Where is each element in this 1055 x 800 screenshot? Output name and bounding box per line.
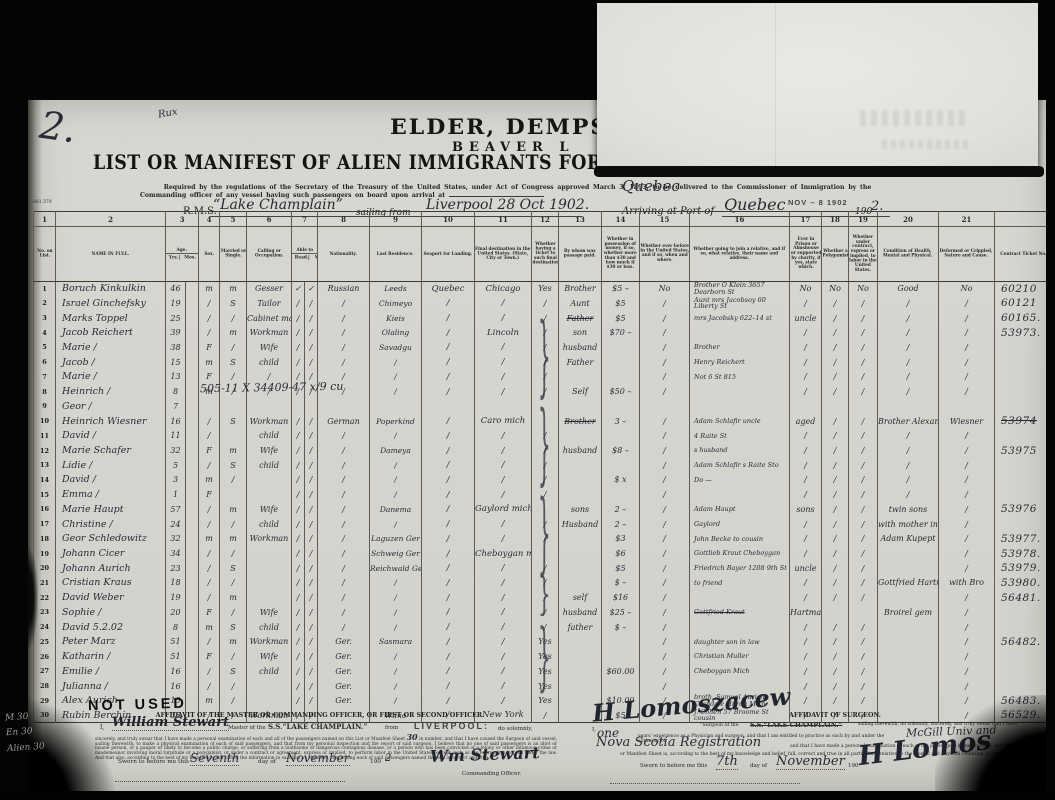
column-header: Final destination in the United States. … (475, 227, 532, 282)
manifest-cell: / (939, 443, 995, 458)
manifest-cell: 1 (166, 487, 186, 502)
manifest-cell: Cheboygan Mich (690, 664, 790, 679)
manifest-cell: / (199, 576, 220, 591)
manifest-cell: / (822, 649, 849, 664)
column-number: 3 (166, 212, 199, 227)
year-printed: 190 (848, 763, 859, 769)
manifest-cell: / (822, 546, 849, 561)
manifest-cell: / (292, 458, 305, 473)
manifest-cell: / (640, 340, 690, 355)
manifest-cell (602, 458, 640, 473)
manifest-cell: Marie / (56, 370, 166, 385)
manifest-cell: m (199, 473, 220, 488)
manifest-cell (878, 635, 939, 650)
manifest-cell: / (318, 590, 370, 605)
manifest-cell (559, 546, 602, 561)
manifest-cell: / (939, 325, 995, 340)
manifest-cell: / (790, 458, 822, 473)
manifest-cell: / (878, 296, 939, 311)
manifest-cell: / (305, 649, 318, 664)
manifest-cell: / (199, 502, 220, 517)
manifest-cell: ✓ (292, 281, 305, 296)
manifest-cell: / (305, 693, 318, 708)
manifest-cell: / (422, 620, 475, 635)
manifest-cell: sons (790, 502, 822, 517)
manifest-cell: / (422, 370, 475, 385)
manifest-cell: / (305, 517, 318, 532)
manifest-cell (602, 679, 640, 694)
manifest-cell: Caro mich (475, 414, 532, 429)
manifest-cell: husband (559, 340, 602, 355)
manifest-cell: Cabinet maker (247, 311, 292, 326)
manifest-cell: 12 (34, 443, 56, 458)
manifest-cell: / (220, 473, 247, 488)
column-number: 8 (318, 212, 370, 227)
manifest-cell: / (292, 664, 305, 679)
manifest-cell: / (422, 325, 475, 340)
manifest-cell: / (939, 296, 995, 311)
manifest-cell: / (790, 590, 822, 605)
manifest-cell: / (199, 561, 220, 576)
column-number: 20 (878, 212, 939, 227)
manifest-cell: with mother in law (878, 517, 939, 532)
manifest-cell: Gottfried Hartmann (878, 576, 939, 591)
manifest-cell: $6 (602, 546, 640, 561)
manifest-cell: / (318, 443, 370, 458)
manifest-cell: / (422, 428, 475, 443)
manifest-cell: / (822, 428, 849, 443)
column-header: No. on List. (34, 227, 56, 282)
manifest-cell: / (318, 561, 370, 576)
manifest-cell: Heinrich / (56, 384, 166, 399)
manifest-cell (186, 458, 199, 473)
manifest-cell: 5 (34, 340, 56, 355)
manifest-cell (995, 370, 1053, 385)
manifest-cell: / (939, 428, 995, 443)
manifest-cell: / (199, 679, 220, 694)
manifest-cell: Geor / (56, 399, 166, 414)
manifest-cell: Tailor (247, 296, 292, 311)
manifest-cell: 53977. (995, 531, 1053, 546)
manifest-cell: / (640, 576, 690, 591)
manifest-cell: Emilie / (56, 664, 166, 679)
manifest-cell: 53978. (995, 546, 1053, 561)
manifest-cell: Adam Schlafir s Raite Sto (690, 458, 790, 473)
manifest-cell: m (220, 502, 247, 517)
manifest-cell: / (939, 502, 995, 517)
column-header: Whether in possession of money, if so, w… (602, 227, 640, 282)
manifest-cell (995, 487, 1053, 502)
manifest-cell (186, 296, 199, 311)
sub-column-header: Mos. (184, 255, 196, 260)
manifest-cell: / (475, 664, 532, 679)
from-label: from (385, 725, 398, 731)
manifest-cell: 51 (166, 649, 186, 664)
column-number: 7 (292, 212, 318, 227)
manifest-cell: / (878, 384, 939, 399)
manifest-cell: / (822, 325, 849, 340)
manifest-cell: / (422, 384, 475, 399)
manifest-cell: / (199, 517, 220, 532)
manifest-cell: / (475, 576, 532, 591)
manifest-cell: / (640, 590, 690, 605)
manifest-cell: 2 (34, 296, 56, 311)
manifest-cell: / (849, 502, 878, 517)
manifest-cell: No (849, 281, 878, 296)
manifest-cell: sons (559, 502, 602, 517)
manifest-cell: / (640, 355, 690, 370)
manifest-cell: 3 (34, 311, 56, 326)
manifest-cell: m (220, 590, 247, 605)
manifest-cell: / (305, 605, 318, 620)
manifest-cell: / (475, 487, 532, 502)
manifest-cell: 19 (166, 296, 186, 311)
manifest-cell: German (318, 414, 370, 429)
manifest-cell: Jacob Reichert (56, 325, 166, 340)
manifest-cell: / (220, 576, 247, 591)
manifest-cell: / (475, 635, 532, 650)
manifest-cell: 5 (166, 458, 186, 473)
manifest-cell (995, 649, 1053, 664)
ink-smear (594, 166, 1044, 177)
manifest-cell: uncle (790, 311, 822, 326)
manifest-cell: Brother (559, 414, 602, 429)
manifest-cell: / (305, 296, 318, 311)
manifest-cell: Ger. (318, 649, 370, 664)
manifest-cell: / (939, 531, 995, 546)
column-number: 21 (939, 212, 995, 227)
manifest-cell: / (640, 561, 690, 576)
manifest-cell: 9 (34, 399, 56, 414)
manifest-cell: / (640, 443, 690, 458)
manifest-cell: Schweig Ger (370, 546, 422, 561)
manifest-cell: Emma / (56, 487, 166, 502)
manifest-cell: / (292, 428, 305, 443)
manifest-cell: / (220, 546, 247, 561)
manifest-cell: 2 – (602, 517, 640, 532)
manifest-cell: 16 (34, 502, 56, 517)
manifest-cell: / (939, 384, 995, 399)
manifest-cell: 13 (166, 370, 186, 385)
manifest-cell: / (849, 340, 878, 355)
manifest-cell (247, 679, 292, 694)
manifest-cell: No (822, 281, 849, 296)
manifest-cell: / (640, 370, 690, 385)
manifest-cell: Adam Haupt (690, 502, 790, 517)
manifest-cell (305, 399, 318, 414)
manifest-cell: Julianna / (56, 679, 166, 694)
manifest-cell: / (305, 620, 318, 635)
manifest-cell: / (422, 473, 475, 488)
arrival-date-stamp: NOV – 8 1902 (788, 198, 848, 207)
manifest-cell: / (822, 473, 849, 488)
manifest-cell: Geor Schledowitz (56, 531, 166, 546)
manifest-cell: 17 (34, 517, 56, 532)
manifest-cell: / (822, 487, 849, 502)
manifest-cell: / (939, 546, 995, 561)
manifest-cell: / (849, 693, 878, 708)
scanner-edge-right (1046, 0, 1055, 800)
manifest-cell: 60210 (995, 281, 1053, 296)
manifest-cell: m (199, 281, 220, 296)
manifest-cell: aged (790, 414, 822, 429)
manifest-cell: / (939, 664, 995, 679)
manifest-cell (247, 399, 292, 414)
manifest-cell: Ger. (318, 664, 370, 679)
manifest-cell: Wife (247, 502, 292, 517)
manifest-cell: / (640, 620, 690, 635)
manifest-cell: 53979. (995, 561, 1053, 576)
column-number: 5 (220, 212, 247, 227)
manifest-cell: / (220, 679, 247, 694)
manifest-cell: / (318, 502, 370, 517)
manifest-cell (186, 355, 199, 370)
manifest-cell: / (370, 620, 422, 635)
manifest-cell: / (292, 325, 305, 340)
manifest-cell (602, 487, 640, 502)
manifest-cell: / (370, 664, 422, 679)
manifest-cell (995, 473, 1053, 488)
commanding-officer-label: Commanding Officer. (462, 771, 521, 777)
manifest-cell: / (199, 458, 220, 473)
manifest-cell: / (790, 664, 822, 679)
manifest-cell: / (199, 546, 220, 561)
manifest-cell: / (422, 531, 475, 546)
manifest-title: LIST OR MANIFEST OF ALIEN IMMIGRANTS FOR… (93, 150, 639, 174)
manifest-cell: 8 (166, 620, 186, 635)
manifest-cell: 16 (166, 414, 186, 429)
manifest-cell (790, 399, 822, 414)
manifest-cell: / (370, 576, 422, 591)
manifest-cell: m (199, 355, 220, 370)
column-number: 4 (199, 212, 220, 227)
manifest-cell: / (849, 414, 878, 429)
master-signature: Wm Stewart (430, 743, 540, 766)
manifest-cell: / (849, 325, 878, 340)
manifest-cell (247, 546, 292, 561)
manifest-cell: / (475, 443, 532, 458)
manifest-cell (995, 428, 1053, 443)
manifest-cell: Wife (247, 443, 292, 458)
manifest-cell: 4 Raite St (690, 428, 790, 443)
manifest-cell: / (849, 296, 878, 311)
manifest-cell: 7 (34, 370, 56, 385)
manifest-cell: Johann Cicer (56, 546, 166, 561)
manifest-cell: Gottfried Kraut (690, 605, 790, 620)
manifest-cell: / (939, 561, 995, 576)
manifest-cell: / (220, 693, 247, 708)
family-brace: } (538, 611, 551, 700)
manifest-cell: / (305, 428, 318, 443)
manifest-cell: with Bro (939, 576, 995, 591)
manifest-cell: / (305, 458, 318, 473)
manifest-cell: F (199, 487, 220, 502)
manifest-cell: Jacob / (56, 355, 166, 370)
manifest-cell: / (822, 340, 849, 355)
manifest-cell: / (849, 443, 878, 458)
manifest-cell: to friend (690, 576, 790, 591)
manifest-cell: Boruch Kinkulkin (56, 281, 166, 296)
manifest-cell: / (822, 590, 849, 605)
manifest-cell: / (318, 311, 370, 326)
manifest-cell (186, 414, 199, 429)
manifest-cell: / (422, 546, 475, 561)
manifest-cell: / (475, 473, 532, 488)
manifest-cell: Reichwald Ger (370, 561, 422, 576)
manifest-cell: / (640, 605, 690, 620)
manifest-cell (559, 561, 602, 576)
manifest-cell: / (318, 428, 370, 443)
manifest-cell: / (292, 546, 305, 561)
manifest-cell: / (790, 487, 822, 502)
manifest-cell: Heinrich Wiesner (56, 414, 166, 429)
manifest-cell (220, 487, 247, 502)
manifest-cell: / (790, 679, 822, 694)
manifest-cell: / (370, 355, 422, 370)
manifest-cell: Husband (559, 517, 602, 532)
manifest-cell: / (849, 664, 878, 679)
manifest-cell: / (422, 340, 475, 355)
manifest-cell: Ger. (318, 693, 370, 708)
manifest-cell (995, 620, 1053, 635)
manifest-cell: / (318, 296, 370, 311)
manifest-cell: $5 (602, 311, 640, 326)
margin-numeral-handwritten: 2. (37, 103, 79, 152)
manifest-cell: Wiesner (939, 414, 995, 429)
manifest-cell: Russian (318, 281, 370, 296)
manifest-cell: / (422, 693, 475, 708)
manifest-cell (247, 473, 292, 488)
manifest-cell (186, 384, 199, 399)
manifest-cell: David / (56, 473, 166, 488)
manifest-cell: / (640, 546, 690, 561)
manifest-cell (186, 473, 199, 488)
manifest-cell: 14 (34, 473, 56, 488)
manifest-cell (878, 546, 939, 561)
manifest-cell (186, 443, 199, 458)
manifest-cell: 53974 (995, 414, 1053, 429)
column-header: Whether going to join a relative, and if… (690, 227, 790, 282)
manifest-cell (186, 399, 199, 414)
manifest-cell: No (790, 281, 822, 296)
manifest-cell: / (292, 311, 305, 326)
manifest-cell: / (849, 590, 878, 605)
manifest-cell: / (849, 384, 878, 399)
manifest-cell: S (220, 664, 247, 679)
scanner-edge-left (0, 0, 28, 800)
manifest-cell: $ – (602, 576, 640, 591)
manifest-cell (602, 635, 640, 650)
manifest-cell: Olaling (370, 325, 422, 340)
manifest-cell: 25 (166, 311, 186, 326)
manifest-cell (186, 620, 199, 635)
manifest-cell: / (318, 605, 370, 620)
bleedthrough-smudge (882, 140, 972, 149)
manifest-cell: / (475, 384, 532, 399)
manifest-cell: father (559, 620, 602, 635)
column-header: Sex. (199, 227, 220, 282)
manifest-cell: $5 – (602, 281, 640, 296)
manifest-cell (559, 679, 602, 694)
manifest-cell: / (822, 664, 849, 679)
manifest-cell: 16 (166, 664, 186, 679)
manifest-cell: / (370, 370, 422, 385)
manifest-cell: / (640, 473, 690, 488)
manifest-cell: 16 (166, 679, 186, 694)
manifest-cell: 32 (166, 531, 186, 546)
manifest-cell (849, 605, 878, 620)
manifest-cell (878, 620, 939, 635)
column-number: 13 (559, 212, 602, 227)
manifest-cell: $16 (602, 590, 640, 605)
manifest-cell: $60.00 (602, 664, 640, 679)
manifest-cell: $50 – (602, 384, 640, 399)
manifest-cell: / (849, 649, 878, 664)
manifest-cell: 60121 (995, 296, 1053, 311)
edge-blotch (27, 548, 38, 648)
manifest-cell: / (640, 649, 690, 664)
manifest-cell: S (220, 561, 247, 576)
manifest-cell: / (199, 414, 220, 429)
manifest-cell (602, 340, 640, 355)
manifest-cell: Father (559, 311, 602, 326)
manifest-cell (186, 664, 199, 679)
manifest-cell: / (422, 576, 475, 591)
manifest-cell: / (305, 325, 318, 340)
manifest-cell: Aunt (559, 296, 602, 311)
manifest-cell: / (822, 355, 849, 370)
manifest-cell: / (822, 370, 849, 385)
manifest-cell (559, 399, 602, 414)
manifest-cell: 20 (166, 605, 186, 620)
manifest-cell (186, 428, 199, 443)
manifest-cell: 8 (34, 384, 56, 399)
sworn-label: Sworn to before me this (640, 763, 707, 769)
column-number: 18 (822, 212, 849, 227)
manifest-cell: / (822, 693, 849, 708)
manifest-cell: Poperkind (370, 414, 422, 429)
manifest-cell: / (292, 502, 305, 517)
manifest-cell: / (422, 502, 475, 517)
manifest-cell: / (292, 355, 305, 370)
manifest-cell: / (292, 649, 305, 664)
manifest-cell (186, 531, 199, 546)
manifest-cell: / (422, 311, 475, 326)
manifest-cell: 3 – (602, 414, 640, 429)
manifest-cell: No (640, 281, 690, 296)
manifest-cell: mrs Jacobsky 622–14 st (690, 311, 790, 326)
manifest-cell: Wife (247, 649, 292, 664)
manifest-cell: 7 (166, 399, 186, 414)
manifest-cell (559, 487, 602, 502)
manifest-cell: m (220, 635, 247, 650)
manifest-cell (186, 576, 199, 591)
manifest-cell: Do — (690, 473, 790, 488)
manifest-cell: Cristian Kraus (56, 576, 166, 591)
manifest-cell: Ger. (318, 635, 370, 650)
manifest-cell: Christine / (56, 517, 166, 532)
manifest-cell: / (849, 531, 878, 546)
manifest-cell: Brother (559, 281, 602, 296)
manifest-cell: / (475, 370, 532, 385)
manifest-cell: child (247, 517, 292, 532)
manifest-cell: / (475, 531, 532, 546)
manifest-cell: / (370, 679, 422, 694)
manifest-cell: 6 (34, 355, 56, 370)
manifest-cell: / (790, 325, 822, 340)
manifest-cell: / (318, 620, 370, 635)
column-number (995, 212, 1053, 227)
